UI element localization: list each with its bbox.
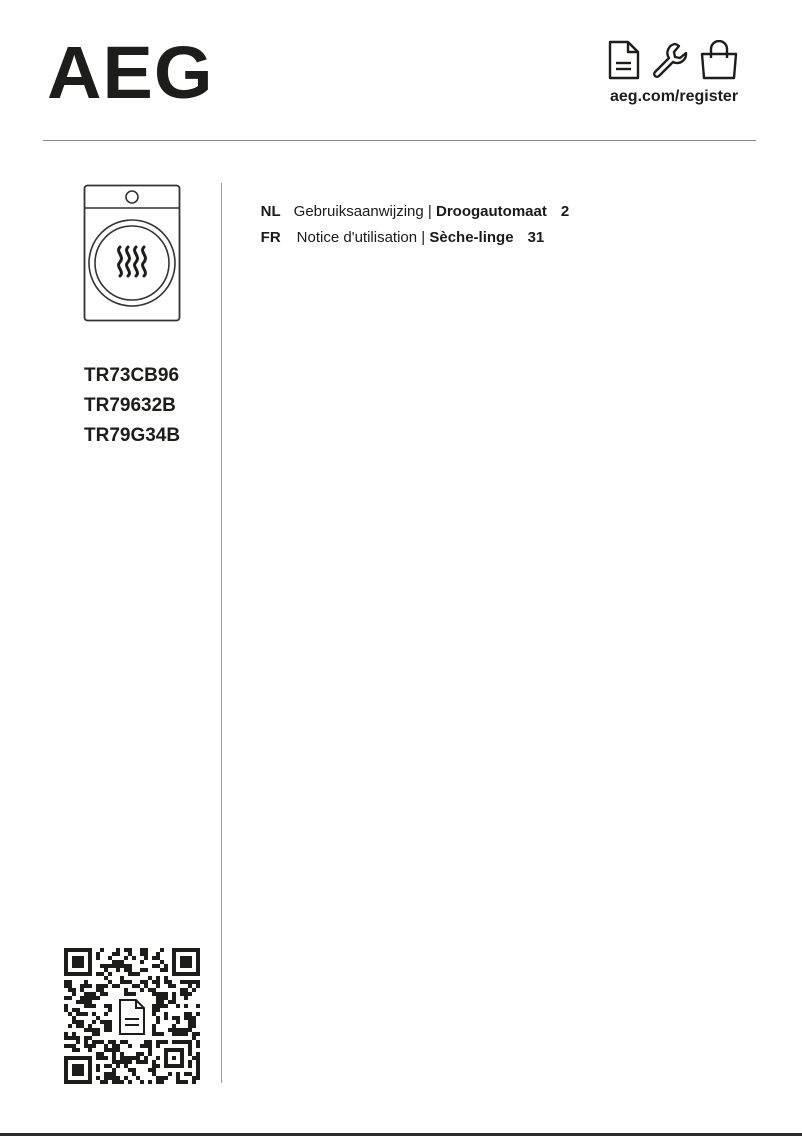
table-of-contents: NLGebruiksaanwijzing | Droogautomaat2 FR… bbox=[244, 185, 569, 237]
register-link[interactable]: aeg.com/register bbox=[610, 88, 738, 106]
wrench-icon bbox=[651, 40, 689, 80]
qr-code-icon[interactable] bbox=[64, 948, 200, 1089]
column-divider bbox=[221, 183, 222, 1083]
language-code: FR bbox=[261, 229, 297, 247]
manual-title: Notice d'utilisation bbox=[297, 229, 417, 246]
model-list: TR73CB96 TR79632B TR79G34B bbox=[84, 364, 180, 454]
document-icon bbox=[607, 40, 641, 80]
shopping-bag-icon bbox=[699, 40, 739, 80]
brand-logo: AEG bbox=[47, 36, 214, 110]
product-name: Droogautomaat bbox=[436, 203, 547, 220]
model-number: TR79632B bbox=[84, 394, 180, 424]
page-number: 2 bbox=[561, 203, 569, 220]
separator: | bbox=[428, 203, 432, 220]
page-number: 31 bbox=[528, 229, 545, 246]
separator: | bbox=[421, 229, 425, 246]
register-icons bbox=[607, 40, 739, 80]
model-number: TR79G34B bbox=[84, 424, 180, 454]
toc-entry-nl[interactable]: NLGebruiksaanwijzing | Droogautomaat2 bbox=[244, 185, 569, 211]
manual-title: Gebruiksaanwijzing bbox=[294, 203, 424, 220]
tumble-dryer-icon bbox=[83, 184, 181, 327]
header-divider bbox=[43, 140, 756, 141]
product-name: Sèche-linge bbox=[429, 229, 513, 246]
language-code: NL bbox=[261, 203, 294, 221]
model-number: TR73CB96 bbox=[84, 364, 180, 394]
